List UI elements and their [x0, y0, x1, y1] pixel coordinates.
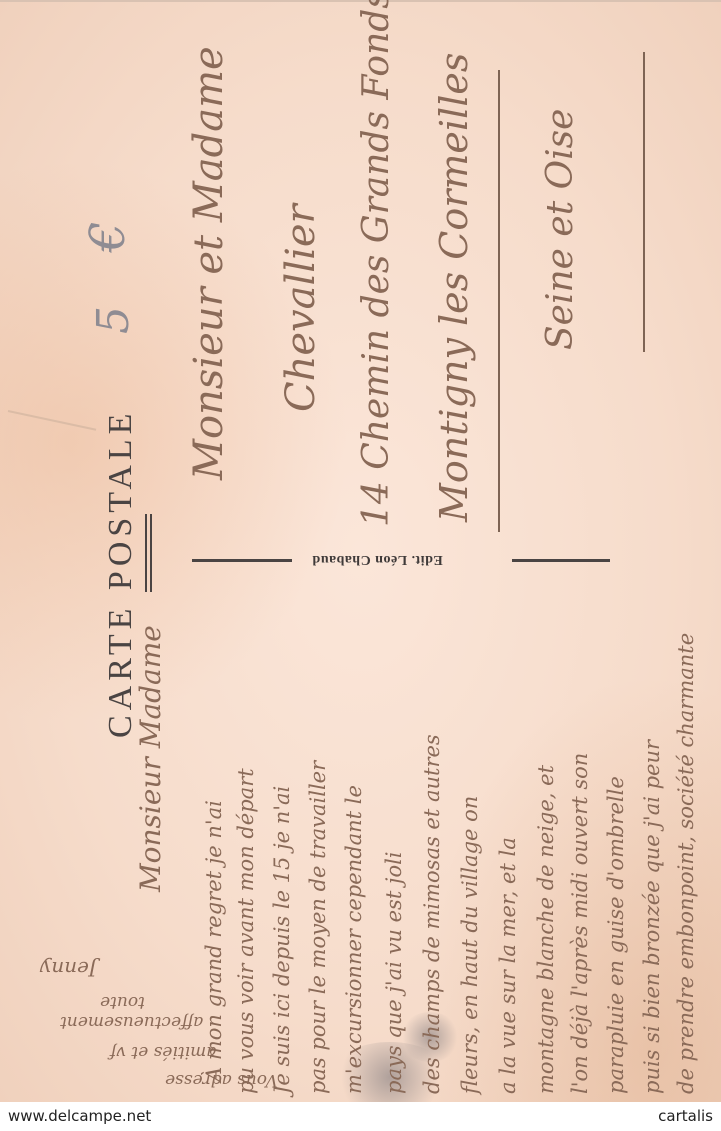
closing-line: toute — [100, 992, 145, 1012]
message-line: montagne blanche de neige, et — [532, 765, 561, 1094]
closing-line: Vous adresse — [165, 1070, 278, 1090]
message-line: a la vue sur la mer, et la — [494, 837, 523, 1094]
message-line: m'excursionner cependant le — [340, 785, 369, 1094]
address-line-4: Montigny les Cormeilles — [432, 53, 476, 522]
message-line: l'on déjà l'après midi ouvert son — [566, 753, 595, 1094]
closing-line: amitiés et vf — [110, 1042, 216, 1062]
title-double-rule — [145, 514, 152, 592]
message-line: pas pour le moyen de travailler — [304, 761, 333, 1094]
divider-line-left — [192, 559, 292, 562]
divider-line-right — [512, 559, 610, 562]
address-underline-2 — [643, 52, 645, 352]
message-line: fleurs, en haut du village on — [456, 796, 485, 1094]
address-underline-1 — [498, 70, 500, 532]
address-line-3: 14 Chemin des Grands Fonds — [356, 0, 397, 527]
address-line-2: Chevallier — [278, 204, 324, 412]
pencil-price-value: 5 — [88, 306, 139, 334]
message-line: puis si bien bronzée que j'ai peur — [638, 740, 667, 1094]
closing-signature: Jenny — [40, 957, 97, 981]
address-line-5: Seine et Oise — [540, 109, 581, 350]
message-salutation: Monsieur Madame — [136, 625, 165, 892]
message-line: À mon grand regret je n'ai — [200, 800, 229, 1082]
message-line: Je suis ici depuis le 15 je n'ai — [268, 786, 297, 1094]
message-line: pays que j'ai vu est joli — [380, 851, 409, 1094]
closing-line: affectueusement — [60, 1012, 203, 1032]
address-line-1: Monsieur et Madame — [186, 46, 232, 480]
publisher-imprint: Edit. Léon Chabaud — [312, 551, 443, 567]
card-crease — [8, 410, 96, 431]
message-line: parapluie en guise d'ombrelle — [602, 776, 631, 1094]
message-line: de prendre embonpoint, société charmante — [672, 633, 701, 1094]
pencil-euro-mark: € — [80, 221, 136, 252]
message-line: pu vous voir avant mon départ — [232, 768, 261, 1094]
source-site-label: www.delcampe.net — [8, 1107, 151, 1125]
message-line: des champs de mimosas et autres — [418, 734, 447, 1094]
seller-label: cartalis — [658, 1107, 713, 1125]
watermark-footer: www.delcampe.net cartalis — [0, 1102, 721, 1131]
postcard-back: € 5 CARTE POSTALE Edit. Léon Chabaud Mon… — [0, 0, 721, 1102]
